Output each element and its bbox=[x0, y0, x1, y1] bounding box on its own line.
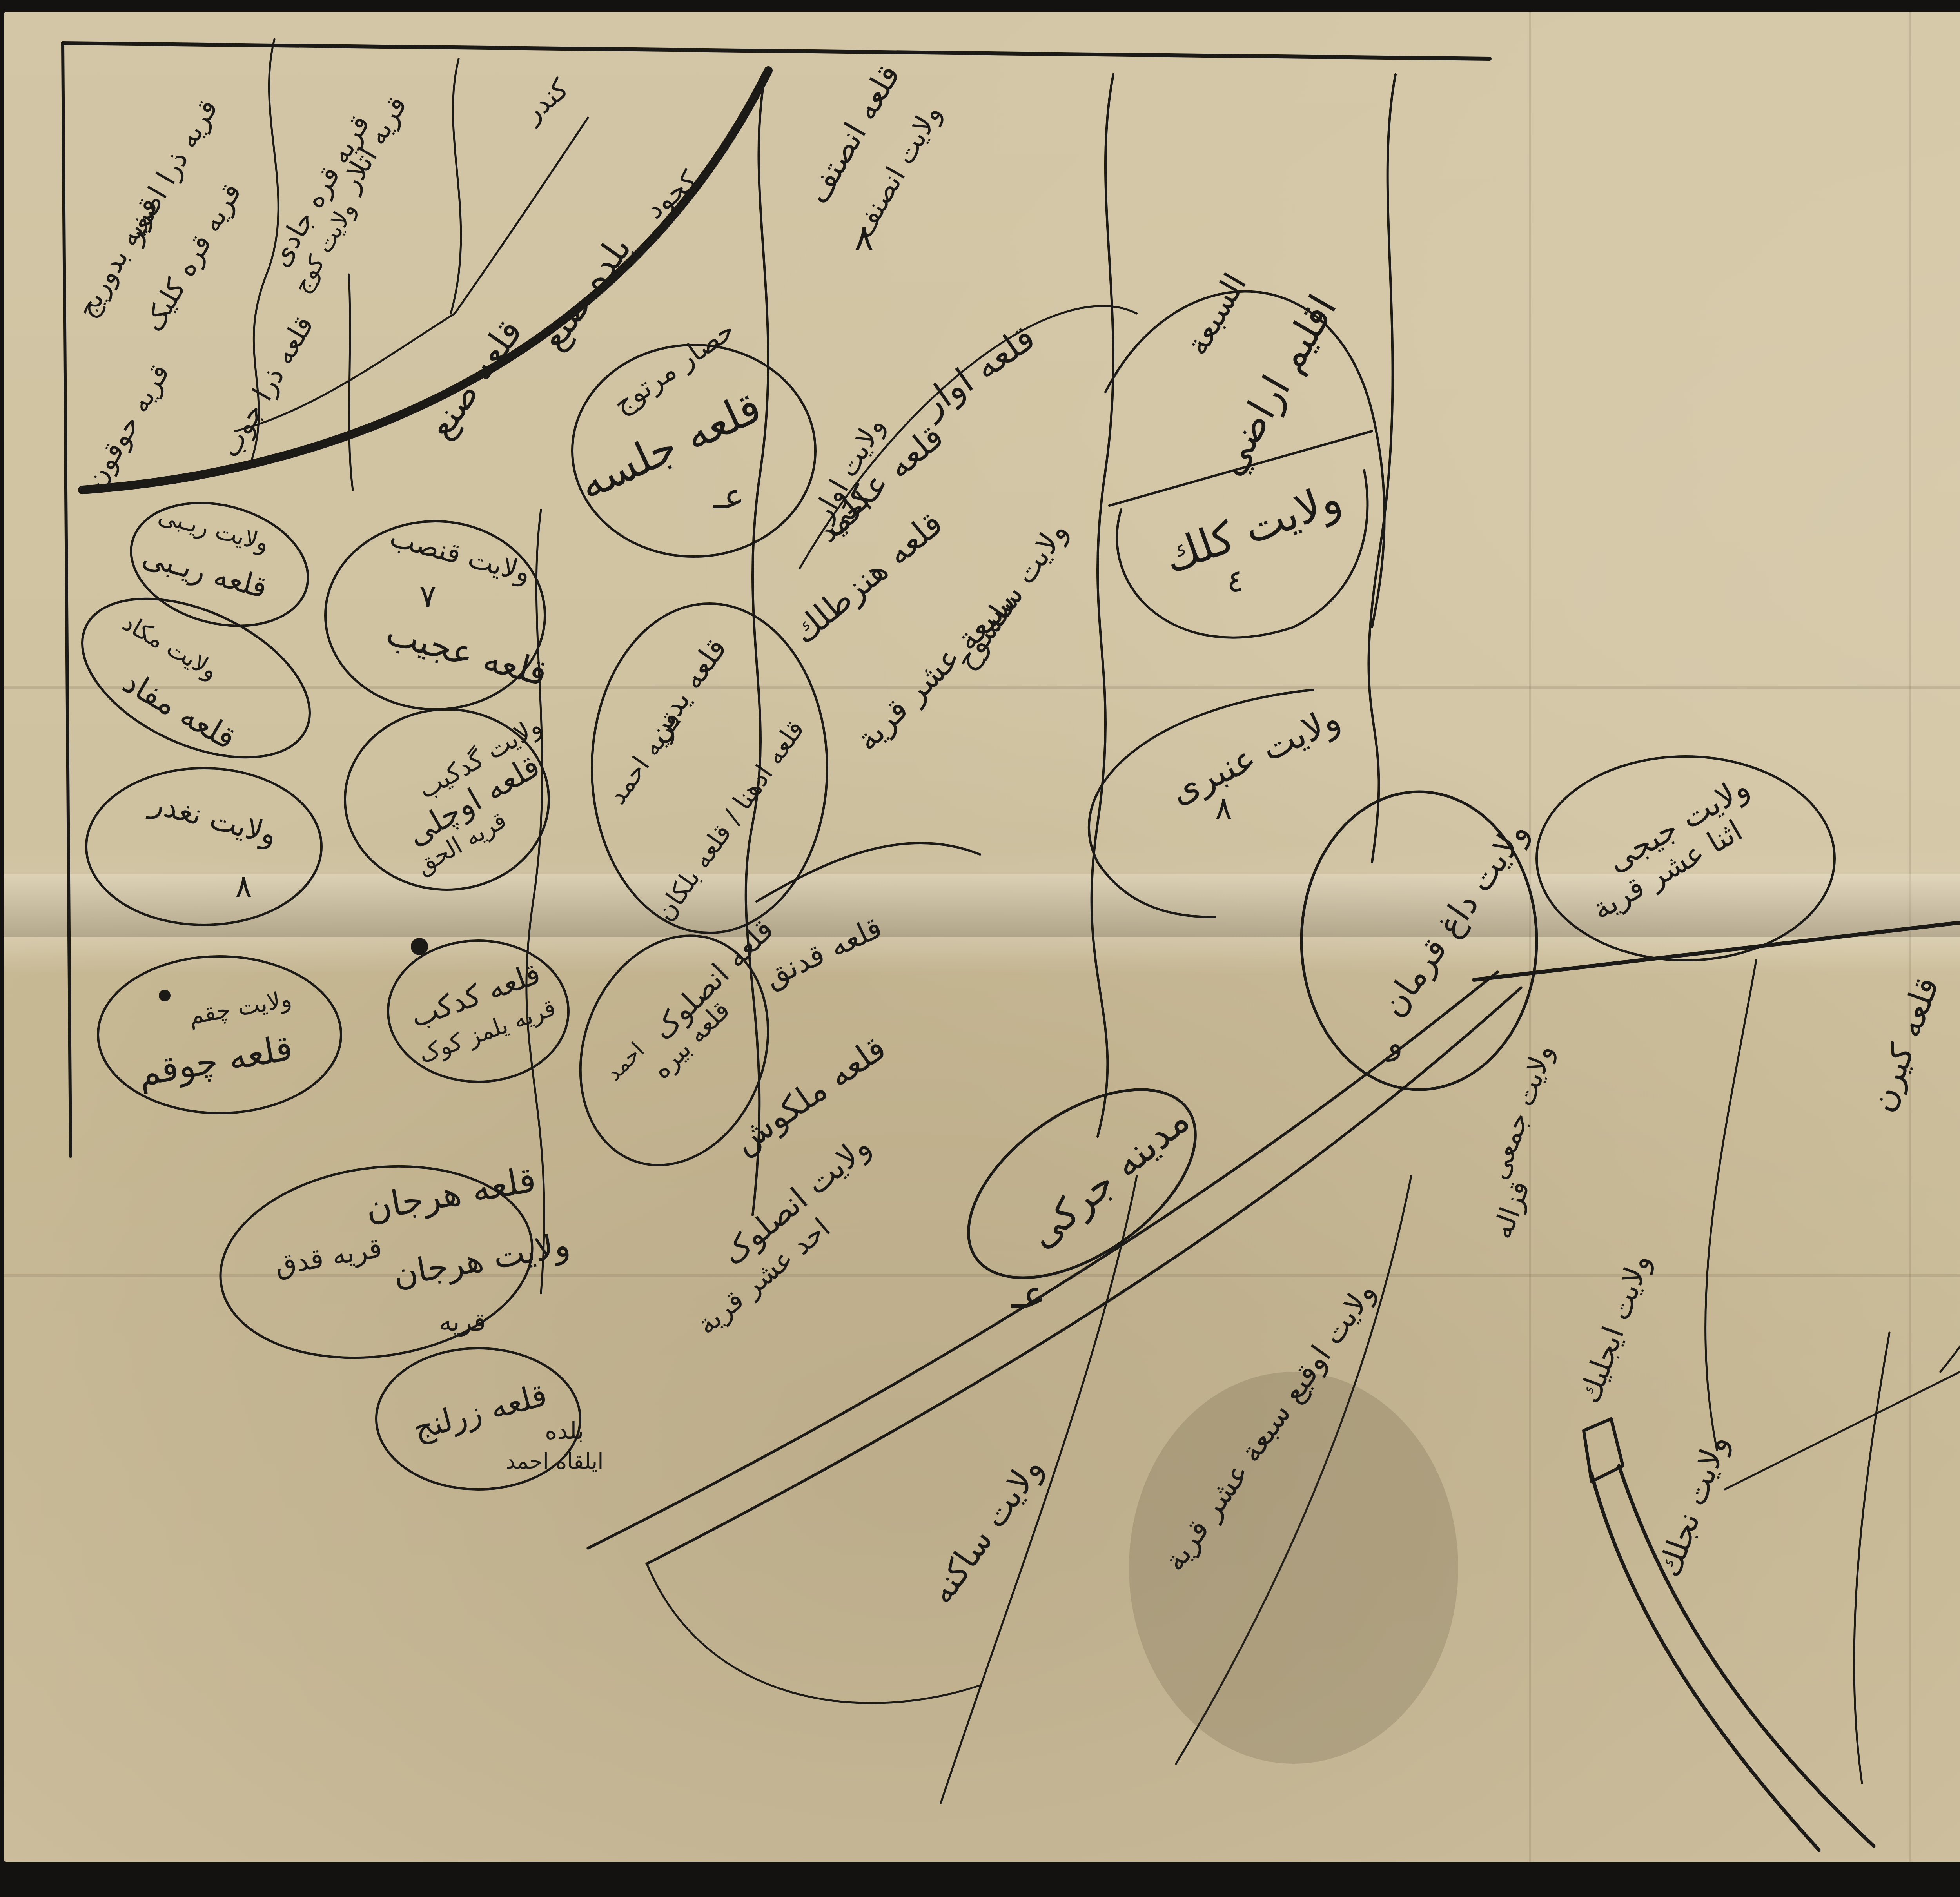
city-marker-icon bbox=[159, 990, 171, 1001]
place-label: بلده bbox=[545, 1419, 584, 1444]
map-border-top bbox=[63, 43, 1490, 59]
count-number: ٧ bbox=[419, 580, 436, 613]
count-number: ٨ bbox=[1215, 792, 1232, 825]
count-number: و bbox=[1388, 1027, 1403, 1060]
place-label: ایلقاه احمد bbox=[506, 1450, 604, 1473]
count-number: ٨ bbox=[235, 870, 252, 903]
border-col-3 bbox=[1092, 74, 1113, 1137]
place-label: عـ bbox=[713, 478, 745, 515]
count-number: ٤ bbox=[1227, 564, 1244, 597]
count-number: ٨ bbox=[855, 219, 873, 257]
place-label: قریه bbox=[439, 1309, 486, 1336]
fortress-square-icon bbox=[1584, 1419, 1623, 1482]
river bbox=[1592, 1474, 1819, 1850]
map-border-left bbox=[63, 43, 71, 1156]
city-marker-icon bbox=[411, 938, 428, 955]
place-label: عـ bbox=[1011, 1274, 1046, 1315]
border-col-2 bbox=[746, 78, 768, 1215]
